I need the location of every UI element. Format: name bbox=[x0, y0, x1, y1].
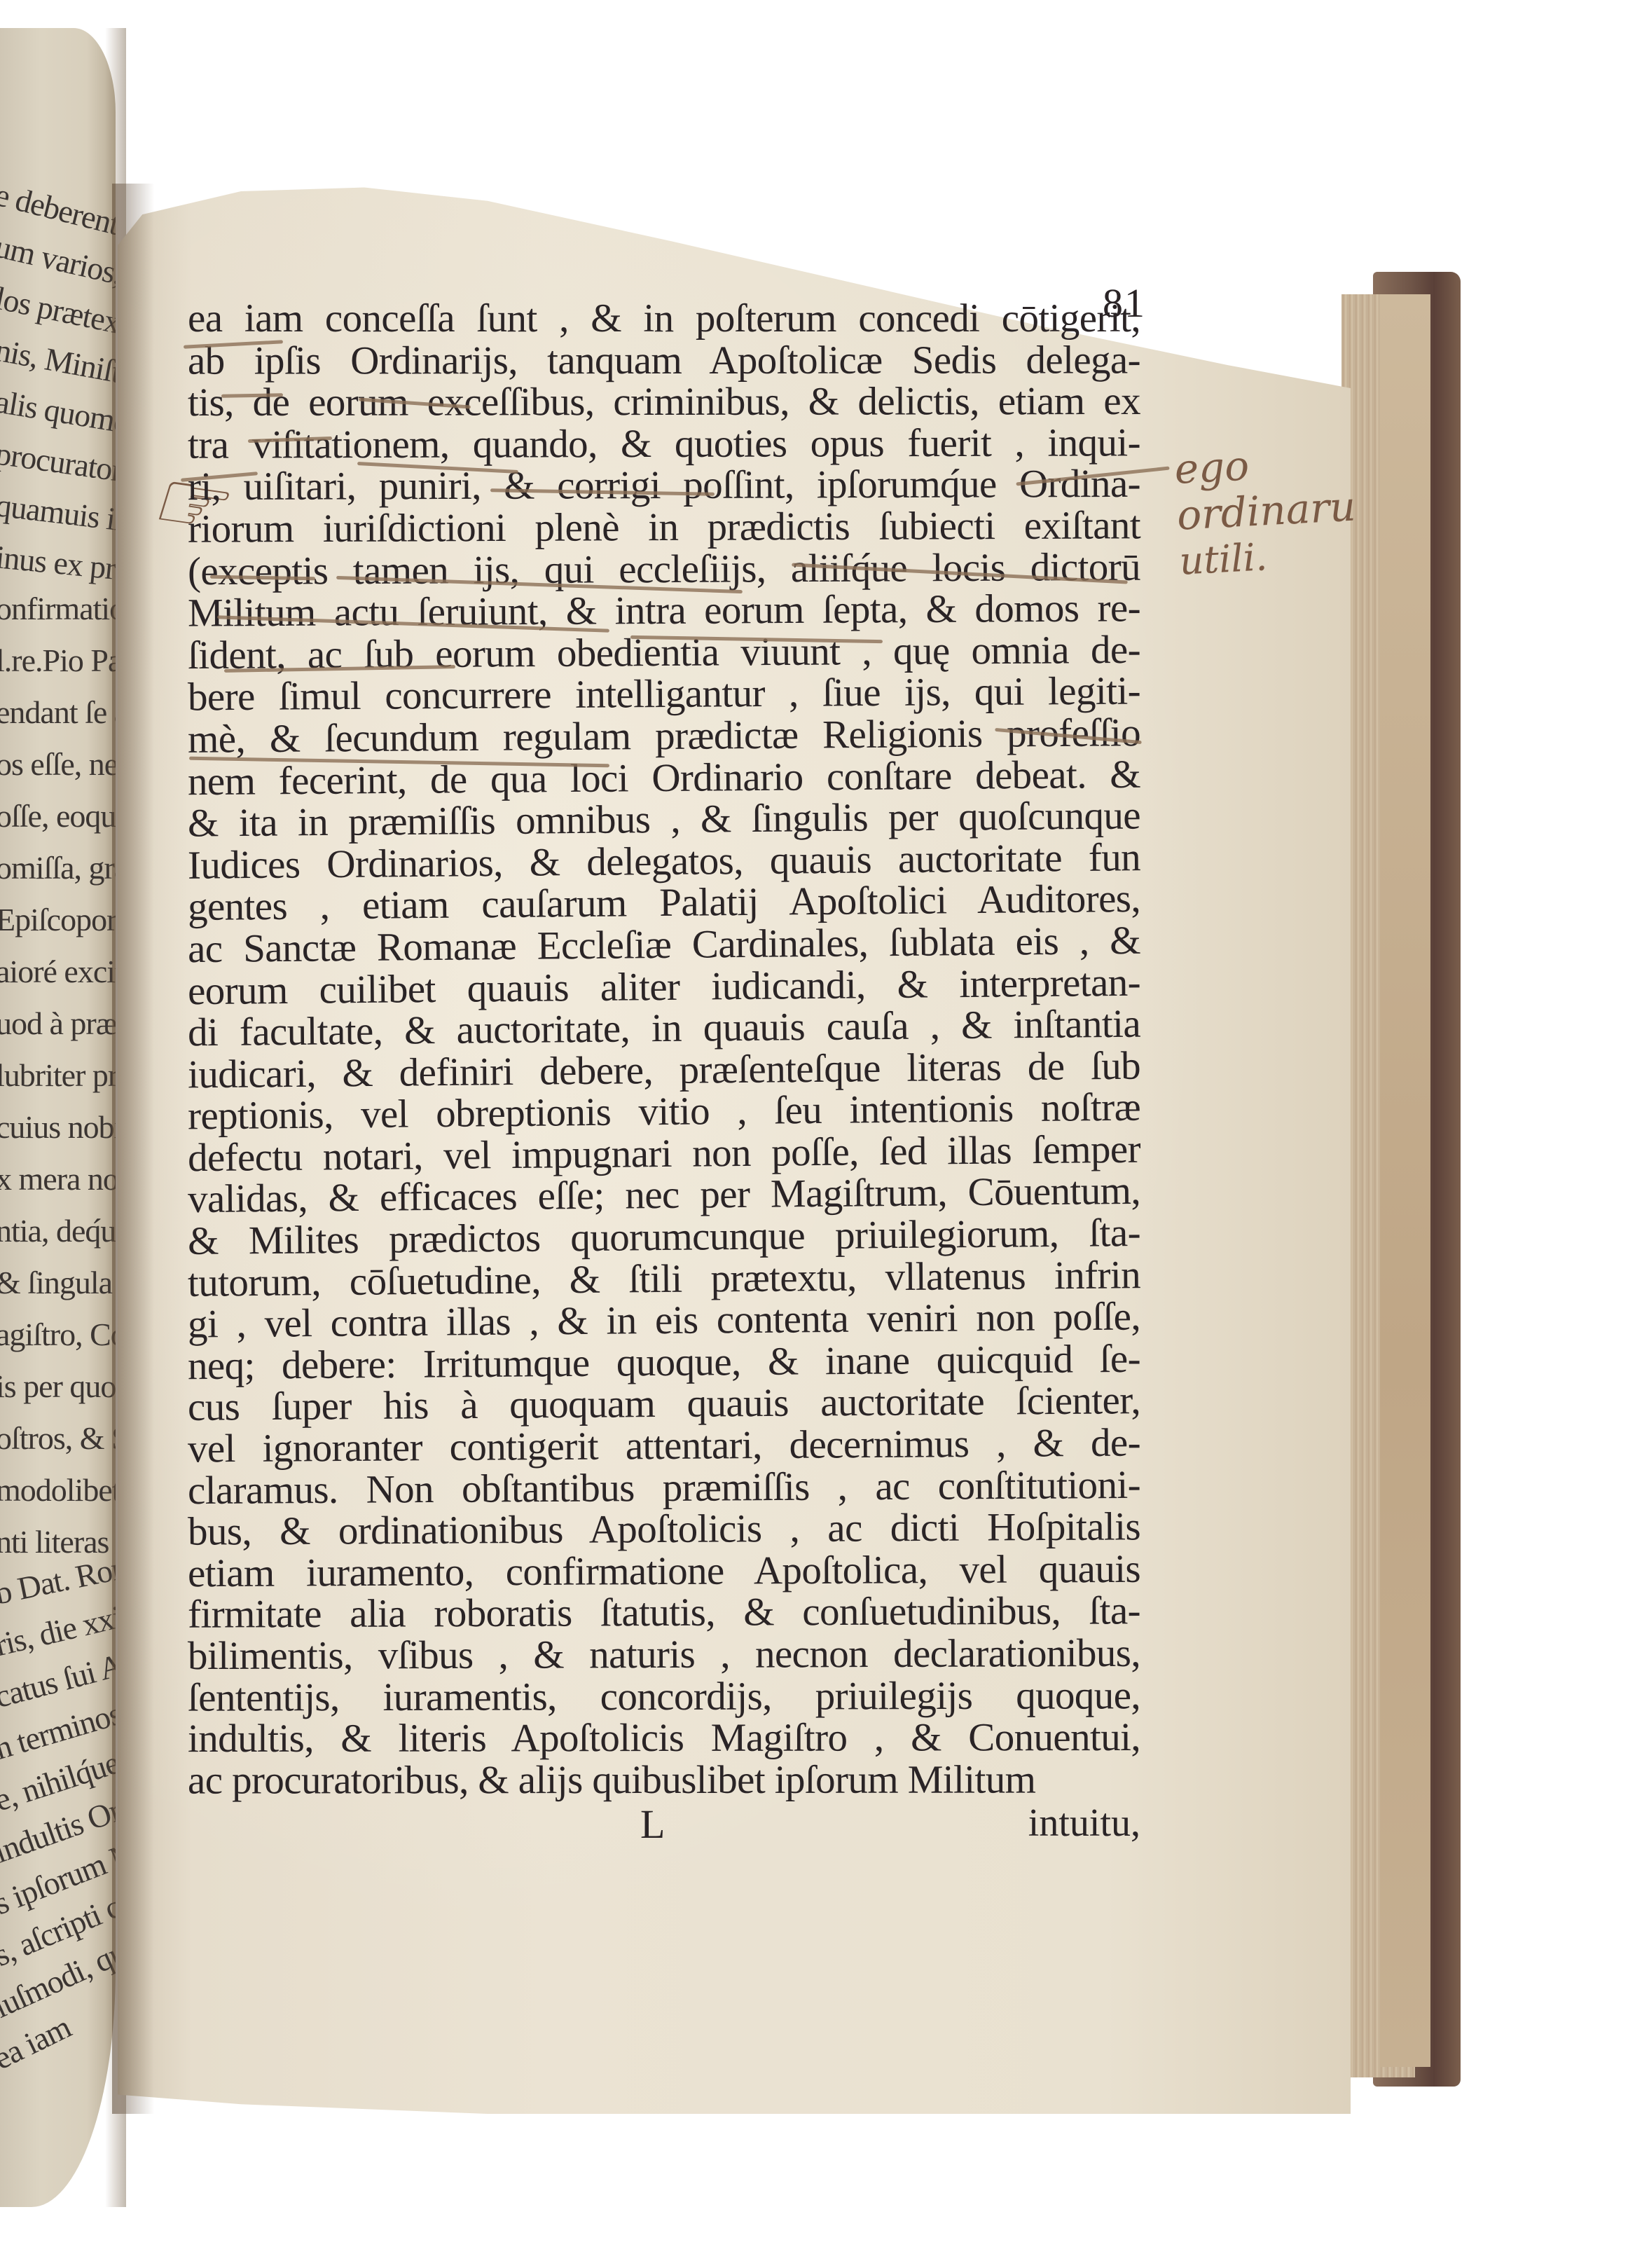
left-text-line: os eſſe, nec ab illis bbox=[0, 738, 116, 790]
left-text-line: x mera noſtra bbox=[0, 1153, 116, 1205]
signature-mark: L bbox=[640, 1801, 665, 1848]
text-line: ri, uiſitari, puniri, & corrigi poſſint,… bbox=[188, 463, 1140, 508]
page-text-block: 81 ea iam conceſſa ſunt , & in poſterum … bbox=[188, 298, 1140, 1850]
left-text-line: modolibet conceſſ bbox=[0, 1464, 116, 1516]
left-text-line: oſſe, eoque ipſo de bbox=[0, 790, 116, 842]
text-line: (exceptis tamen ijs, qui eccleſiijs, ali… bbox=[188, 546, 1140, 592]
marginalia-line-2: utili. bbox=[1178, 529, 1362, 585]
left-text-line: & ſingula præ bbox=[0, 1257, 116, 1309]
left-text-line: aioré excitare digne bbox=[0, 946, 116, 998]
left-text-line: Epiſcoporum iuriſ bbox=[0, 894, 116, 946]
text-line: vel ignoranter contigerit attentari, dec… bbox=[188, 1422, 1140, 1471]
direction-line: L intuitu, bbox=[188, 1801, 1140, 1850]
catchword: intuitu, bbox=[1028, 1801, 1140, 1846]
left-facing-page: e deberent, indeum varios, ſæpelos præte… bbox=[0, 28, 116, 2207]
gutter-shadow-right bbox=[112, 184, 154, 2114]
left-text-line: uod à prædicto Con bbox=[0, 998, 116, 1050]
text-line: ab ipſis Ordinarijs, tanquam Apoſtolicæ … bbox=[188, 339, 1140, 382]
left-page-text: e deberent, indeum varios, ſæpelos præte… bbox=[0, 168, 116, 2087]
left-text-line: l.re.Pio Papa Qui bbox=[0, 635, 116, 687]
left-text-line: oſtros, & Sedem bbox=[0, 1413, 116, 1464]
text-line: bilimentis, vſibus , & naturis , necnon … bbox=[188, 1633, 1140, 1677]
text-line: tra viſitationem, quando, & quoties opus… bbox=[188, 422, 1140, 466]
text-line: indultis, & literis Apoſtolicis Magiſtro… bbox=[188, 1717, 1140, 1760]
text-line: Militum actu ſeruiunt, & intra eorum ſep… bbox=[188, 587, 1140, 634]
left-text-line: onfirmatione eti bbox=[0, 583, 116, 635]
text-line: claramus. Non obſtantibus præmiſſis , ac… bbox=[188, 1464, 1140, 1511]
manuscript-marginalia: ego ordinaru utili. bbox=[1173, 437, 1362, 584]
left-text-line: is per quoſcunq; Iu bbox=[0, 1361, 116, 1413]
marginalia-line-1: ego ordinaru bbox=[1173, 437, 1360, 538]
left-text-line: endant ſe ab omni bbox=[0, 687, 116, 738]
text-line: riorum iuriſdictioni plenè in prædictis … bbox=[188, 504, 1140, 550]
text-line: etiam iuramento, confirmatione Apoſtolic… bbox=[188, 1548, 1140, 1595]
left-text-line: ntia, deq́ue bbox=[0, 1205, 116, 1257]
left-text-line: cuius nobis ſuper bbox=[0, 1101, 116, 1153]
text-line: ſententijs, iuramentis, concordijs, priu… bbox=[188, 1675, 1140, 1719]
text-line: bus, & ordinationibus Apoſtolicis , ac d… bbox=[188, 1506, 1140, 1553]
left-text-line: lubriter prouidere bbox=[0, 1050, 116, 1101]
text-line: ea iam conceſſa ſunt , & in poſterum con… bbox=[188, 298, 1140, 340]
rear-pastedown bbox=[1380, 294, 1430, 2067]
left-text-line: omiſſa, grauem in p bbox=[0, 842, 116, 894]
text-line: firmitate alia roboratis ſtatutis, & con… bbox=[188, 1590, 1140, 1636]
left-text-line: agiſtro, Conuentu bbox=[0, 1309, 116, 1361]
text-line: ac procuratoribus, & alijs quibuslibet i… bbox=[188, 1759, 1140, 1801]
body-text: ea iam conceſſa ſunt , & in poſterum con… bbox=[188, 298, 1140, 1801]
text-line: tis, de eorum exceſſibus, criminibus, & … bbox=[188, 380, 1140, 424]
